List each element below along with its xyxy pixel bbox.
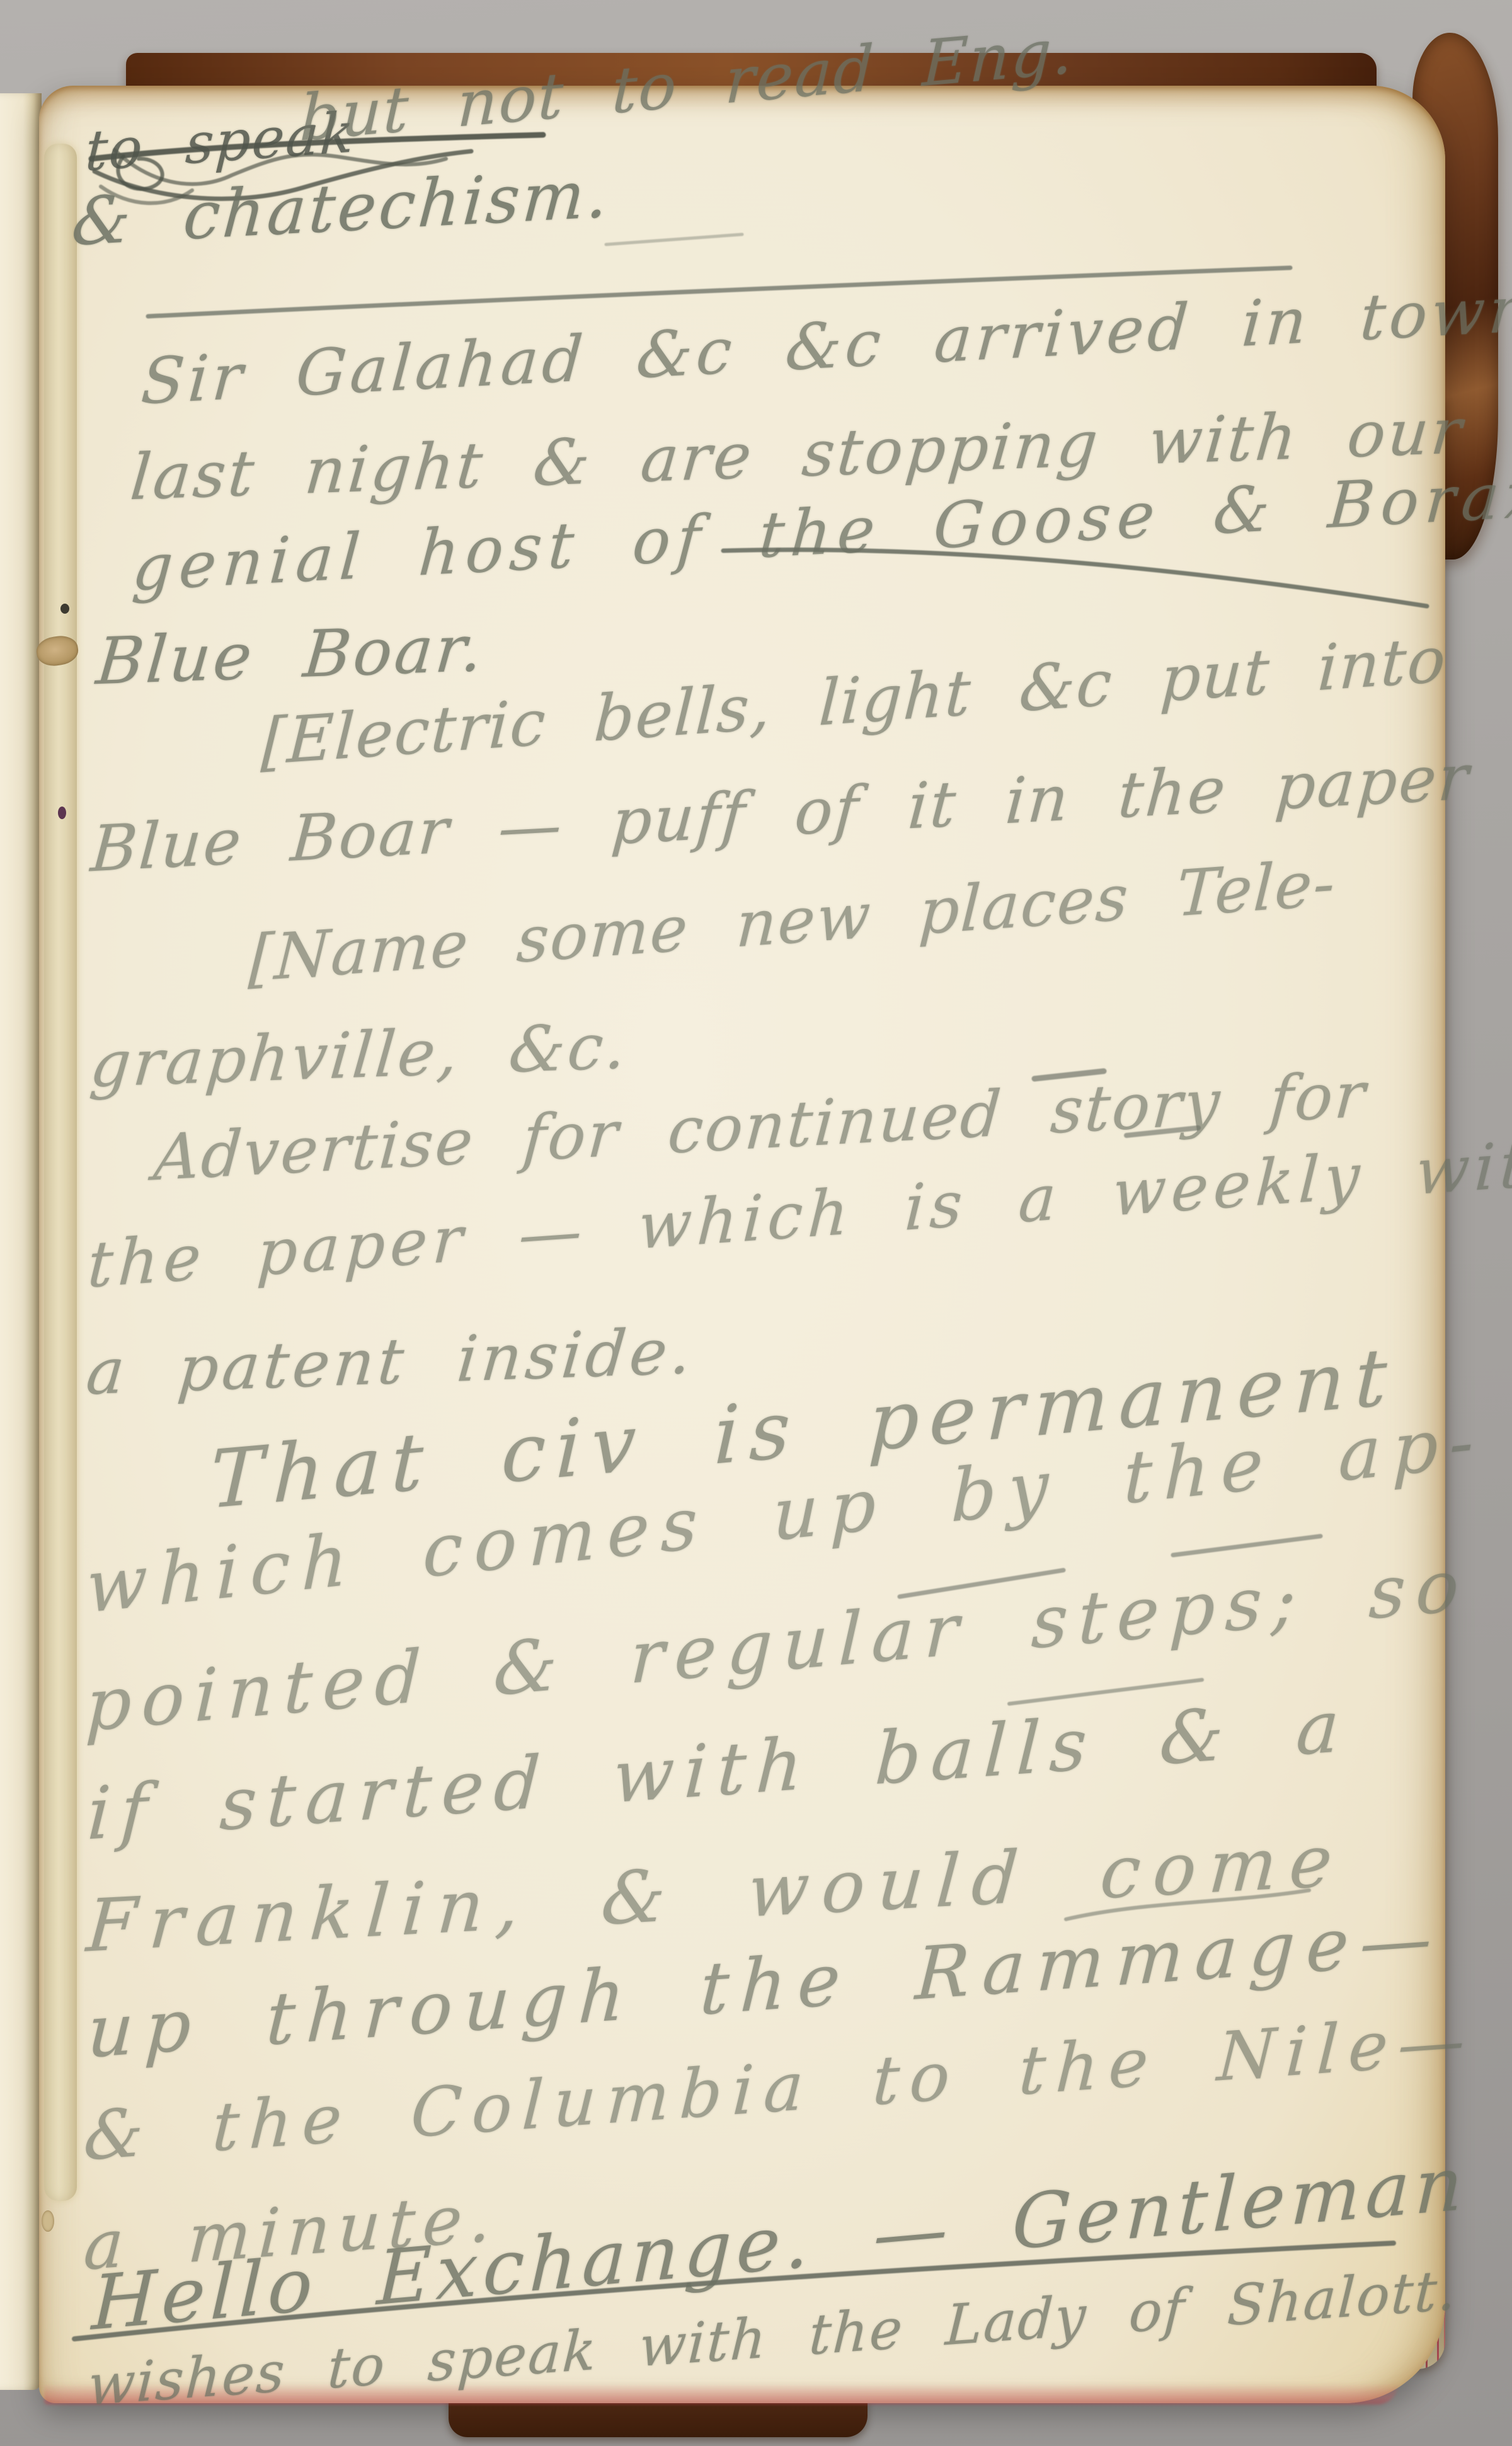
dash-after-ap: [1173, 1536, 1320, 1555]
handwriting-layer: to speakbut not to read Eng.& chatechism…: [0, 0, 1512, 2446]
scanned-notebook-photo: { "manuscript": { "description": "Scanne…: [0, 0, 1512, 2446]
line-blue-boar-1: Blue Boar.: [94, 616, 488, 694]
line-graphville: graphville, &c.: [88, 1014, 631, 1096]
faint-underline-after-chatechism: [606, 234, 742, 244]
